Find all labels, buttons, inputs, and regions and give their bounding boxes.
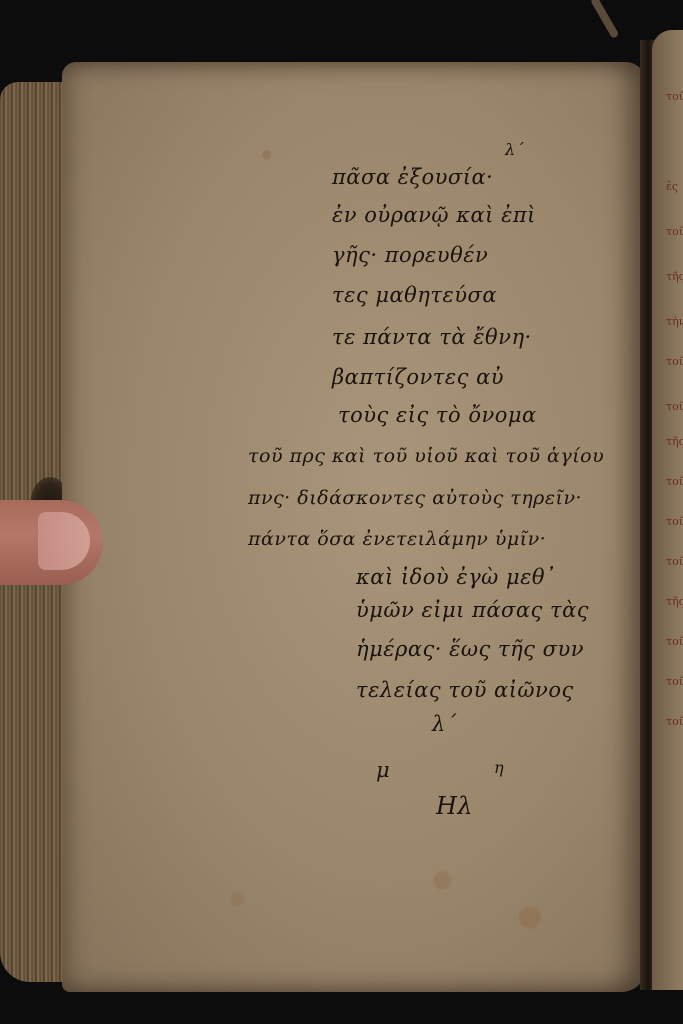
text-line: βαπτίζοντες αὐ: [332, 365, 504, 389]
text-line: τες μαθητεύσα: [332, 283, 497, 307]
footer-mark-left: μ: [376, 758, 390, 782]
text-line: γῆς· πορευθέν: [332, 243, 488, 267]
text-line: ὑμῶν εἰμι πάσας τὰς: [356, 598, 589, 622]
text-line: πνς· διδάσκοντες αὐτοὺς τηρεῖν·: [248, 487, 582, 509]
text-line: τοῦ πρς καὶ τοῦ υἱοῦ καὶ τοῦ ἁγίου: [248, 445, 604, 467]
folio-mark: λ΄: [505, 140, 524, 159]
text-line: καὶ ἰδοὺ ἐγὼ μεθ᾿: [356, 565, 556, 589]
text-line: λ΄: [432, 712, 457, 736]
text-line: τοὺς εἰς τὸ ὄνομα: [338, 403, 537, 427]
photo-scene: τοῦ ἐς τοῦ τῆς τὴν τοῦ τοῦ τῆς τοῦ τοῦ τ…: [0, 0, 683, 1024]
handwritten-text: λ΄ πᾶσα ἐξουσία· ἐν οὐρανῷ καὶ ἐπὶ γῆς· …: [0, 0, 683, 1024]
text-line: πάντα ὅσα ἐνετειλάμην ὑμῖν·: [248, 528, 546, 550]
text-line: τελείας τοῦ αἰῶνος: [356, 678, 574, 702]
text-line: πᾶσα ἐξουσία·: [332, 165, 493, 189]
text-line: τε πάντα τὰ ἔθνη·: [332, 325, 532, 349]
scribe-signature: Hλ: [436, 792, 473, 820]
text-line: ἐν οὐρανῷ καὶ ἐπὶ: [332, 203, 536, 227]
footer-mark-right: η: [494, 758, 504, 777]
text-line: ἡμέρας· ἕως τῆς συν: [356, 637, 584, 661]
